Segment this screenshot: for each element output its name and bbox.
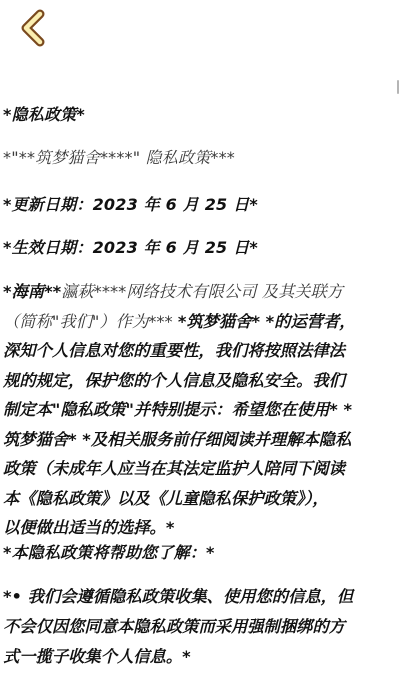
bullet-line: *• 我们会遵循隐私政策收集、使用您的信息，但 bbox=[3, 587, 353, 607]
effective-date: *生效日期：2023 年 6 月 25 日* bbox=[3, 238, 258, 258]
scrollbar-thumb[interactable] bbox=[397, 80, 399, 94]
intro-line: 筑梦猫舍* *及相关服务前仔细阅读并理解本隐私 bbox=[3, 430, 351, 450]
intro-line: 规的规定，保护您的个人信息及隐私安全。我们 bbox=[3, 371, 345, 391]
intro-line: 制定本"隐私政策"并特别提示：希望您在使用* * bbox=[3, 400, 352, 420]
policy-subtitle: *"**筑梦猫舍****" 隐私政策*** bbox=[3, 148, 235, 168]
intro-line: （简称"我们"）作为*** *筑梦猫舍* *的运营者， bbox=[3, 312, 356, 332]
intro-line: *海南**瀛萩****网络技术有限公司 及其关联方 bbox=[3, 282, 343, 302]
policy-title: *隐私政策* bbox=[3, 105, 85, 125]
company-name-rest: 瀛萩****网络技术有限公司 及其关联方 bbox=[61, 282, 343, 301]
intro-line: 以便做出适当的选择。* bbox=[3, 518, 174, 538]
intro-line: 政策（未成年人应当在其法定监护人陪同下阅读 bbox=[3, 459, 345, 479]
chevron-left-icon bbox=[18, 9, 48, 47]
help-heading: *本隐私政策将帮助您了解：* bbox=[3, 543, 215, 563]
intro-line: 深知个人信息对您的重要性，我们将按照法律法 bbox=[3, 341, 345, 361]
intro-text-bold: *筑梦猫舍* *的运营者， bbox=[178, 312, 356, 331]
company-name-part: *海南** bbox=[3, 282, 61, 301]
back-button[interactable] bbox=[18, 9, 48, 47]
bullet-line: 式一揽子收集个人信息。* bbox=[3, 647, 191, 667]
bullet-line: 不会仅因您同意本隐私政策而采用强制捆绑的方 bbox=[3, 617, 345, 637]
updated-date: *更新日期：2023 年 6 月 25 日* bbox=[3, 195, 258, 215]
intro-line: 本《隐私政策》以及《儿童隐私保护政策》）， bbox=[3, 489, 329, 509]
intro-text: （简称"我们"）作为*** bbox=[3, 312, 178, 331]
